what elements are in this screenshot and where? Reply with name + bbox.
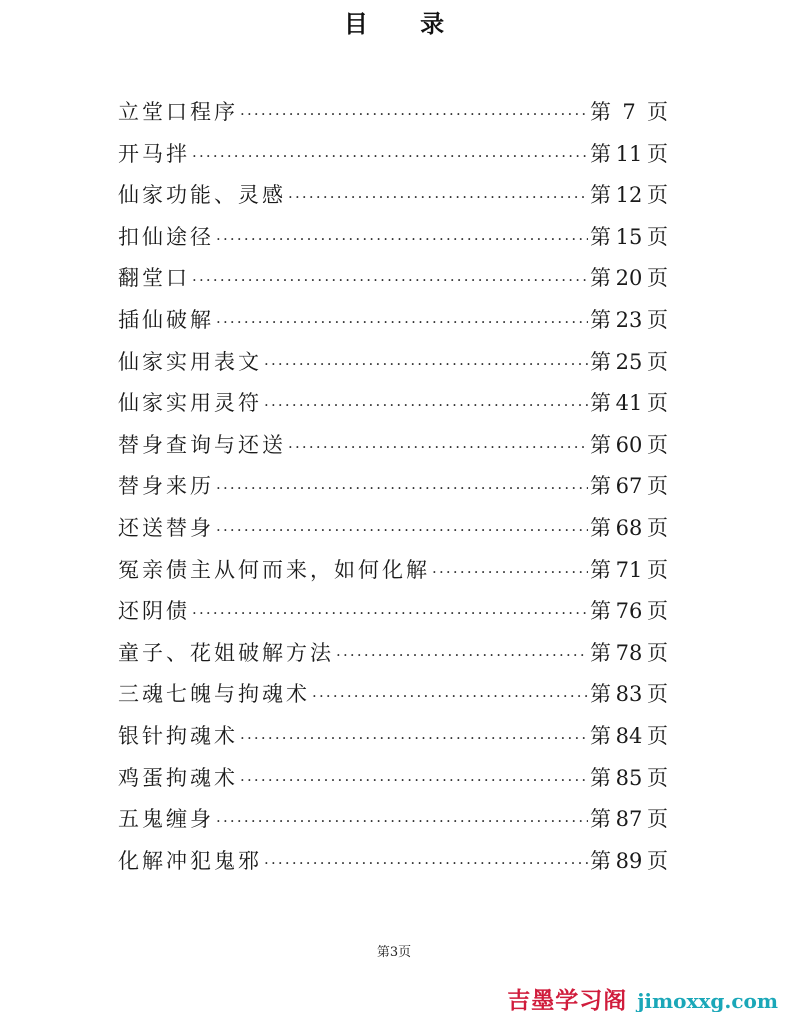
toc-entry-title: 仙家功能、灵感 [118,179,286,209]
toc-entry-page: 第41页 [590,387,668,417]
watermark: 吉墨学习阁 jimoxxg.com [507,982,778,1012]
toc-entry[interactable]: 鸡蛋拘魂术 第85页 [118,762,668,804]
toc-entry-title: 仙家实用灵符 [118,387,262,417]
dot-leader [192,271,588,289]
toc-entry-page: 第76页 [590,595,668,625]
dot-leader [288,188,588,206]
toc-entry[interactable]: 仙家实用表文 第25页 [118,346,668,388]
dot-leader [240,729,588,747]
toc-entry-page: 第87页 [590,803,668,833]
toc-entry-page: 第84页 [590,720,668,750]
toc-entry-page: 第68页 [590,512,668,542]
dot-leader [216,479,588,497]
toc-entry-page: 第25页 [590,346,668,376]
toc-entry-title: 三魂七魄与拘魂术 [118,678,310,708]
table-of-contents: 立堂口程序 第7页 开马拌 第11页 仙家功能、灵感 第12页 扣仙途径 第15… [118,96,668,886]
toc-entry-title: 银针拘魂术 [118,720,238,750]
dot-leader [240,771,588,789]
toc-entry-title: 还阴债 [118,595,190,625]
toc-entry[interactable]: 化解冲犯鬼邪 第89页 [118,845,668,887]
toc-entry[interactable]: 童子、花姐破解方法 第78页 [118,637,668,679]
toc-entry-page: 第83页 [590,678,668,708]
toc-entry-title: 替身查询与还送 [118,429,286,459]
dot-leader [192,147,588,165]
toc-entry[interactable]: 替身查询与还送 第60页 [118,429,668,471]
toc-entry-page: 第23页 [590,304,668,334]
dot-leader [336,646,588,664]
page-title: 目 录 [0,4,788,39]
dot-leader [264,854,588,872]
toc-entry-title: 立堂口程序 [118,96,238,126]
dot-leader [216,521,588,539]
toc-entry[interactable]: 扣仙途径 第15页 [118,221,668,263]
dot-leader [288,438,588,456]
dot-leader [216,313,588,331]
toc-entry[interactable]: 银针拘魂术 第84页 [118,720,668,762]
toc-entry[interactable]: 还送替身 第68页 [118,512,668,554]
toc-entry-title: 扣仙途径 [118,221,214,251]
toc-entry-title: 化解冲犯鬼邪 [118,845,262,875]
toc-entry-page: 第71页 [590,554,668,584]
dot-leader [432,563,588,581]
toc-entry[interactable]: 仙家实用灵符 第41页 [118,387,668,429]
dot-leader [312,687,588,705]
toc-entry-page: 第7页 [590,96,668,126]
watermark-site-name: 吉墨学习阁 [507,982,627,1012]
toc-entry[interactable]: 立堂口程序 第7页 [118,96,668,138]
toc-entry-page: 第78页 [590,637,668,667]
toc-entry-page: 第11页 [590,138,668,168]
toc-entry[interactable]: 仙家功能、灵感 第12页 [118,179,668,221]
dot-leader [240,105,588,123]
toc-entry-page: 第20页 [590,262,668,292]
toc-entry-page: 第67页 [590,470,668,500]
toc-entry-title: 还送替身 [118,512,214,542]
toc-entry[interactable]: 替身来历 第67页 [118,470,668,512]
toc-entry-page: 第85页 [590,762,668,792]
toc-entry-page: 第60页 [590,429,668,459]
toc-entry[interactable]: 插仙破解 第23页 [118,304,668,346]
toc-entry[interactable]: 冤亲债主从何而来，如何化解 第71页 [118,554,668,596]
toc-entry[interactable]: 开马拌 第11页 [118,138,668,180]
toc-entry-title: 开马拌 [118,138,190,168]
dot-leader [216,230,588,248]
toc-entry-title: 仙家实用表文 [118,346,262,376]
toc-entry-title: 鸡蛋拘魂术 [118,762,238,792]
toc-entry-title: 翻堂口 [118,262,190,292]
watermark-site-url: jimoxxg.com [637,989,778,1012]
toc-entry[interactable]: 五鬼缠身 第87页 [118,803,668,845]
page-number-footer: 第3页 [0,941,788,960]
dot-leader [192,604,588,622]
toc-entry-title: 替身来历 [118,470,214,500]
toc-entry[interactable]: 三魂七魄与拘魂术 第83页 [118,678,668,720]
toc-entry-page: 第15页 [590,221,668,251]
toc-entry-title: 童子、花姐破解方法 [118,637,334,667]
toc-entry-page: 第89页 [590,845,668,875]
toc-entry-title: 插仙破解 [118,304,214,334]
dot-leader [264,355,588,373]
toc-entry[interactable]: 还阴债 第76页 [118,595,668,637]
toc-entry[interactable]: 翻堂口 第20页 [118,262,668,304]
toc-entry-title: 冤亲债主从何而来，如何化解 [118,554,430,584]
toc-entry-title: 五鬼缠身 [118,803,214,833]
toc-entry-page: 第12页 [590,179,668,209]
dot-leader [216,812,588,830]
dot-leader [264,396,588,414]
